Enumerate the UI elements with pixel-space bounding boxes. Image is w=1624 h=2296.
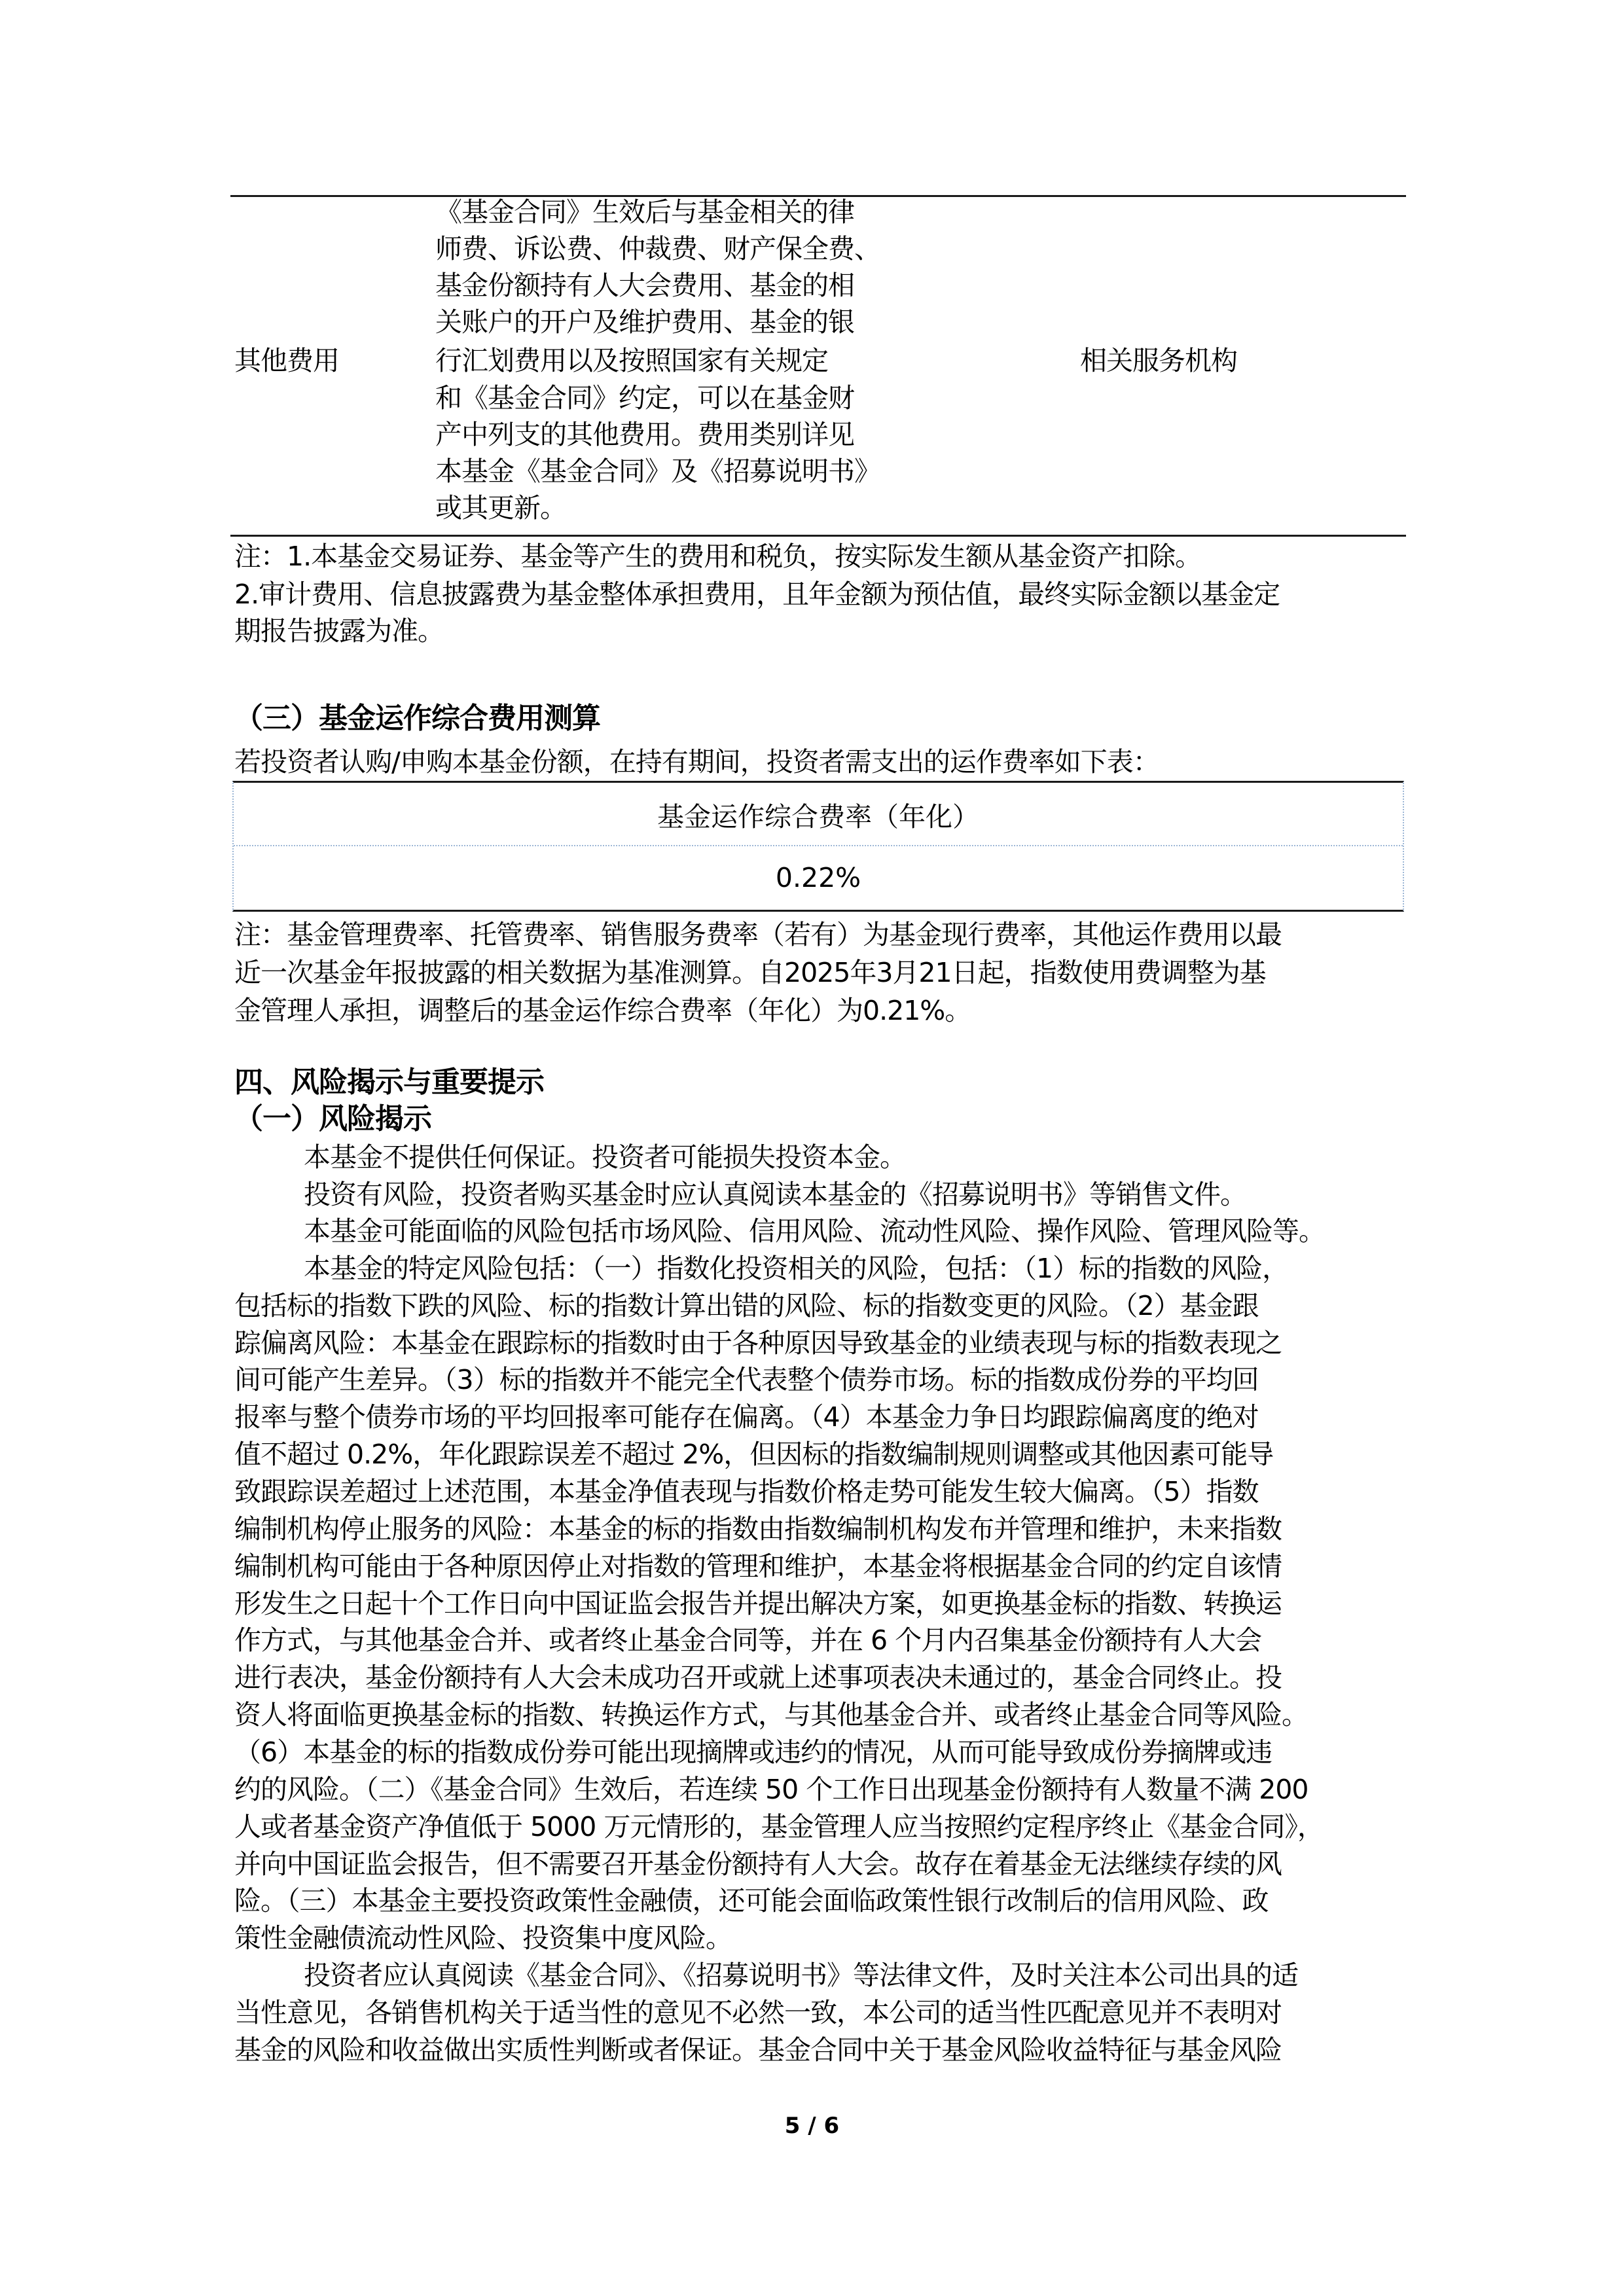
risk-paragraph-line: 形发生之日起十个工作日向中国证监会报告并提出解决方案，如更换基金标的指数、转换运: [234, 1585, 1282, 1622]
fee-table-cell-description: 本基金《基金合同》及《招募说明书》: [435, 453, 880, 490]
fee-table-cell-description: 行汇划费用以及按照国家有关规定: [435, 342, 828, 379]
risk-paragraph-line: 本基金不提供任何保证。投资者可能损失投资本金。: [304, 1139, 906, 1175]
risk-paragraph-line: 编制机构停止服务的风险：本基金的标的指数由指数编制机构发布并管理和维护，未来指数: [234, 1511, 1282, 1547]
risk-paragraph-line: 并向中国证监会报告，但不需要召开基金份额持有人大会。故存在着基金无法继续存续的风: [234, 1846, 1282, 1882]
fee-table-cell-recipient: 相关服务机构: [1080, 342, 1237, 379]
subsection-heading-risk-disclosure: （一）风险揭示: [234, 1101, 431, 1138]
section-heading-operating-cost: （三）基金运作综合费用测算: [234, 700, 600, 737]
fee-table-cell-description: 《基金合同》生效后与基金相关的律: [435, 194, 854, 230]
risk-paragraph-line: 当性意见，各销售机构关于适当性的意见不必然一致，本公司的适当性匹配意见并不表明对: [234, 1994, 1282, 2031]
risk-paragraph-line: 间可能产生差异。（3）标的指数并不能完全代表整个债券市场。标的指数成份券的平均回: [234, 1361, 1259, 1398]
risk-paragraph-line: 包括标的指数下跌的风险、标的指数计算出错的风险、标的指数变更的风险。（2）基金跟: [234, 1287, 1259, 1324]
risk-paragraph-line: 进行表决，基金份额持有人大会未成功召开或就上述事项表决未通过的，基金合同终止。投: [234, 1659, 1282, 1696]
fee-table-cell-name: 其他费用: [234, 342, 339, 379]
fee-table-cell-description: 关账户的开户及维护费用、基金的银: [435, 304, 854, 340]
risk-paragraph-line: 值不超过 0.2%，年化跟踪误差不超过 2%，但因标的指数编制规则调整或其他因素…: [234, 1436, 1273, 1473]
risk-paragraph-line: 基金的风险和收益做出实质性判断或者保证。基金合同中关于基金风险收益特征与基金风险: [234, 2032, 1282, 2068]
fee-table-note: 2.审计费用、信息披露费为基金整体承担费用，且年金额为预估值，最终实际金额以基金…: [234, 576, 1280, 613]
risk-paragraph-line: 本基金的特定风险包括：（一）指数化投资相关的风险，包括：（1）标的指数的风险，: [304, 1250, 1288, 1287]
risk-paragraph-line: 作方式，与其他基金合并、或者终止基金合同等，并在 6 个月内召集基金份额持有人大…: [234, 1622, 1261, 1659]
risk-paragraph-line: 致跟踪误差超过上述范围，本基金净值表现与指数价格走势可能发生较大偏离。（5）指数: [234, 1473, 1259, 1510]
risk-paragraph-line: （6）本基金的标的指数成份券可能出现摘牌或违约的情况，从而可能导致成份券摘牌或违: [234, 1734, 1272, 1770]
fee-table-cell-description: 或其更新。: [435, 490, 566, 526]
fee-table-note: 期报告披露为准。: [234, 613, 444, 649]
risk-paragraph-line: 险。（三）本基金主要投资政策性金融债，还可能会面临政策性银行改制后的信用风险、政: [234, 1882, 1269, 1919]
rate-note: 金管理人承担，调整后的基金运作综合费率（年化）为0.21%。: [234, 992, 971, 1029]
risk-paragraph-line: 约的风险。（二）《基金合同》生效后，若连续 50 个工作日出现基金份额持有人数量…: [234, 1771, 1308, 1808]
risk-paragraph-line: 投资者应认真阅读《基金合同》、《招募说明书》等法律文件，及时关注本公司出具的适: [304, 1957, 1298, 1994]
page-number: 5 / 6: [0, 2113, 1624, 2139]
risk-paragraph-line: 踪偏离风险：本基金在跟踪标的指数时由于各种原因导致基金的业绩表现与标的指数表现之: [234, 1325, 1282, 1361]
fee-table-bottom-border: [230, 535, 1406, 537]
rate-note: 近一次基金年报披露的相关数据为基准测算。自2025年3月21日起，指数使用费调整…: [234, 954, 1266, 991]
risk-paragraph-line: 投资有风险，投资者购买基金时应认真阅读本基金的《招募说明书》等销售文件。: [304, 1176, 1246, 1213]
risk-paragraph-line: 策性金融债流动性风险、投资集中度风险。: [234, 1920, 732, 1956]
fee-table-cell-description: 师费、诉讼费、仲裁费、财产保全费、: [435, 230, 880, 267]
section-intro: 若投资者认购/申购本基金份额，在持有期间，投资者需支出的运作费率如下表：: [234, 744, 1159, 780]
rate-note: 注：基金管理费率、托管费率、销售服务费率（若有）为基金现行费率，其他运作费用以最: [234, 916, 1282, 953]
rate-table-header: 基金运作综合费率（年化）: [234, 783, 1403, 846]
risk-paragraph-line: 编制机构可能由于各种原因停止对指数的管理和维护，本基金将根据基金合同的约定自该情: [234, 1548, 1282, 1585]
fee-table-cell-description: 产中列支的其他费用。费用类别详见: [435, 416, 854, 453]
fee-table-note: 注：1.本基金交易证券、基金等产生的费用和税负，按实际发生额从基金资产扣除。: [234, 538, 1201, 575]
risk-paragraph-line: 报率与整个债券市场的平均回报率可能存在偏离。（4）本基金力争日均跟踪偏离度的绝对: [234, 1399, 1259, 1435]
risk-paragraph-line: 人或者基金资产净值低于 5000 万元情形的，基金管理人应当按照约定程序终止《基…: [234, 1808, 1324, 1845]
risk-paragraph-line: 资人将面临更换基金标的指数、转换运作方式，与其他基金合并、或者终止基金合同等风险…: [234, 1696, 1308, 1733]
risk-paragraph-line: 本基金可能面临的风险包括市场风险、信用风险、流动性风险、操作风险、管理风险等。: [304, 1213, 1325, 1249]
fee-table-cell-description: 基金份额持有人大会费用、基金的相: [435, 267, 854, 304]
rate-table-value: 0.22%: [234, 846, 1403, 909]
operating-rate-table: 基金运作综合费率（年化） 0.22%: [232, 781, 1404, 912]
section-heading-risk: 四、风险揭示与重要提示: [234, 1064, 544, 1101]
fee-table-cell-description: 和《基金合同》约定，可以在基金财: [435, 380, 854, 416]
